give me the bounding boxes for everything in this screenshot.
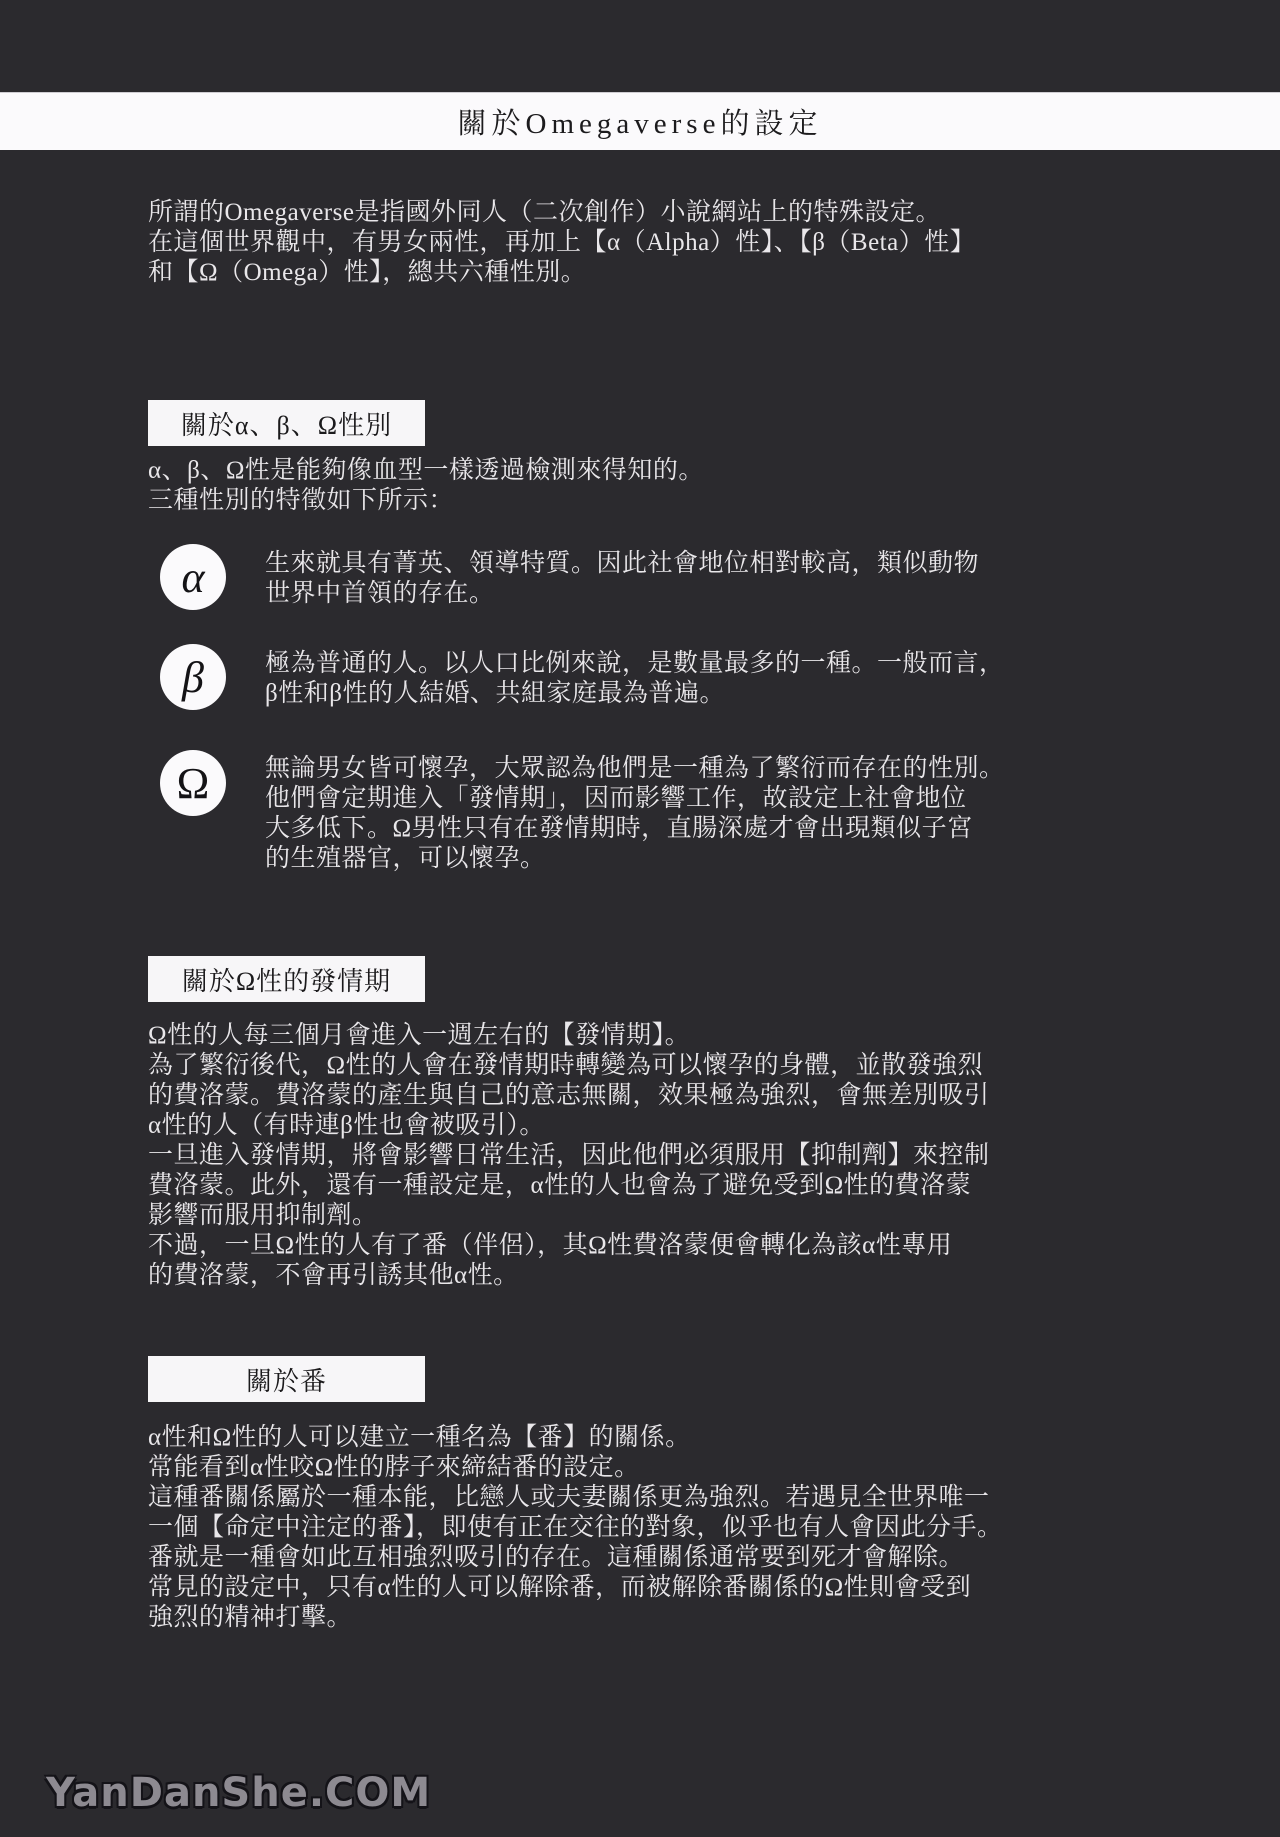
heat-line: Ω性的人每三個月會進入一週左右的【發情期】。 [148,1021,990,1051]
omega-description-line: 無論男女皆可懷孕，大眾認為他們是一種為了繁衍而存在的性別。 [265,754,1005,784]
section-heading-heat: 關於Ω性的發情期 [148,956,425,1002]
intro-paragraph: 所謂的Omegaverse是指國外同人（二次創作）小說網站上的特殊設定。 在這個… [148,198,975,288]
beta-description-line: 極為普通的人。以人口比例來說，是數量最多的一種。一般而言， [265,649,1005,679]
genders-intro-line: α、β、Ω性是能夠像血型一樣透過檢測來得知的。 [148,456,704,486]
intro-line: 在這個世界觀中，有男女兩性，再加上【α（Alpha）性】、【β（Beta）性】 [148,228,975,258]
bond-line: α性和Ω性的人可以建立一種名為【番】的關係。 [148,1423,1003,1453]
alpha-description: 生來就具有菁英、領導特質。因此社會地位相對較高，類似動物 世界中首領的存在。 [265,549,979,609]
omega-symbol: Ω [177,758,210,809]
bond-line: 常見的設定中，只有α性的人可以解除番，而被解除番關係的Ω性則會受到 [148,1573,1003,1603]
alpha-description-line: 生來就具有菁英、領導特質。因此社會地位相對較高，類似動物 [265,549,979,579]
bond-line: 這種番關係屬於一種本能，比戀人或夫妻關係更為強烈。若遇見全世界唯一 [148,1483,1003,1513]
heat-line: 的費洛蒙。費洛蒙的產生與自己的意志無關，效果極為強烈，會無差別吸引 [148,1081,990,1111]
heat-paragraph: Ω性的人每三個月會進入一週左右的【發情期】。 為了繁衍後代，Ω性的人會在發情期時… [148,1021,990,1291]
beta-description: 極為普通的人。以人口比例來說，是數量最多的一種。一般而言， β性和β性的人結婚、… [265,649,1005,709]
page-title-banner: 關於Omegaverse的設定 [0,92,1280,150]
bond-line: 一個【命定中注定的番】，即使有正在交往的對象，似乎也有人會因此分手。 [148,1513,1003,1543]
genders-intro-paragraph: α、β、Ω性是能夠像血型一樣透過檢測來得知的。 三種性別的特徵如下所示： [148,456,704,516]
omega-description: 無論男女皆可懷孕，大眾認為他們是一種為了繁衍而存在的性別。 他們會定期進入「發情… [265,754,1005,874]
beta-symbol: β [182,652,204,703]
heat-line: 費洛蒙。此外，還有一種設定是，α性的人也會為了避免受到Ω性的費洛蒙 [148,1171,990,1201]
beta-symbol-icon: β [160,644,226,710]
section-heading-genders-label: 關於α、β、Ω性別 [181,405,392,442]
alpha-symbol-icon: α [160,544,226,610]
section-heading-genders: 關於α、β、Ω性別 [148,400,425,446]
alpha-symbol: α [181,552,204,603]
omega-symbol-icon: Ω [160,750,226,816]
heat-line: 不過，一旦Ω性的人有了番（伴侶），其Ω性費洛蒙便會轉化為該α性專用 [148,1231,990,1261]
omega-description-line: 的生殖器官，可以懷孕。 [265,844,1005,874]
heat-line: 為了繁衍後代，Ω性的人會在發情期時轉變為可以懷孕的身體，並散發強烈 [148,1051,990,1081]
bond-line: 番就是一種會如此互相強烈吸引的存在。這種關係通常要到死才會解除。 [148,1543,1003,1573]
heat-line: 一旦進入發情期，將會影響日常生活，因此他們必須服用【抑制劑】來控制 [148,1141,990,1171]
section-heading-heat-label: 關於Ω性的發情期 [182,961,391,998]
heat-line: α性的人（有時連β性也會被吸引）。 [148,1111,990,1141]
bond-paragraph: α性和Ω性的人可以建立一種名為【番】的關係。 常能看到α性咬Ω性的脖子來締結番的… [148,1423,1003,1633]
site-watermark: YanDanShe.COM [46,1770,431,1816]
page-title: 關於Omegaverse的設定 [458,101,823,142]
intro-line: 所謂的Omegaverse是指國外同人（二次創作）小說網站上的特殊設定。 [148,198,975,228]
beta-description-line: β性和β性的人結婚、共組家庭最為普遍。 [265,679,1005,709]
bond-line: 強烈的精神打擊。 [148,1603,1003,1633]
heat-line: 的費洛蒙，不會再引誘其他α性。 [148,1261,990,1291]
intro-line: 和【Ω（Omega）性】，總共六種性別。 [148,258,975,288]
heat-line: 影響而服用抑制劑。 [148,1201,990,1231]
genders-intro-line: 三種性別的特徵如下所示： [148,486,704,516]
omega-description-line: 他們會定期進入「發情期」，因而影響工作，故設定上社會地位 [265,784,1005,814]
alpha-description-line: 世界中首領的存在。 [265,579,979,609]
bond-line: 常能看到α性咬Ω性的脖子來締結番的設定。 [148,1453,1003,1483]
omega-description-line: 大多低下。Ω男性只有在發情期時，直腸深處才會出現類似子宮 [265,814,1005,844]
section-heading-bond-label: 關於番 [246,1361,327,1398]
section-heading-bond: 關於番 [148,1356,425,1402]
